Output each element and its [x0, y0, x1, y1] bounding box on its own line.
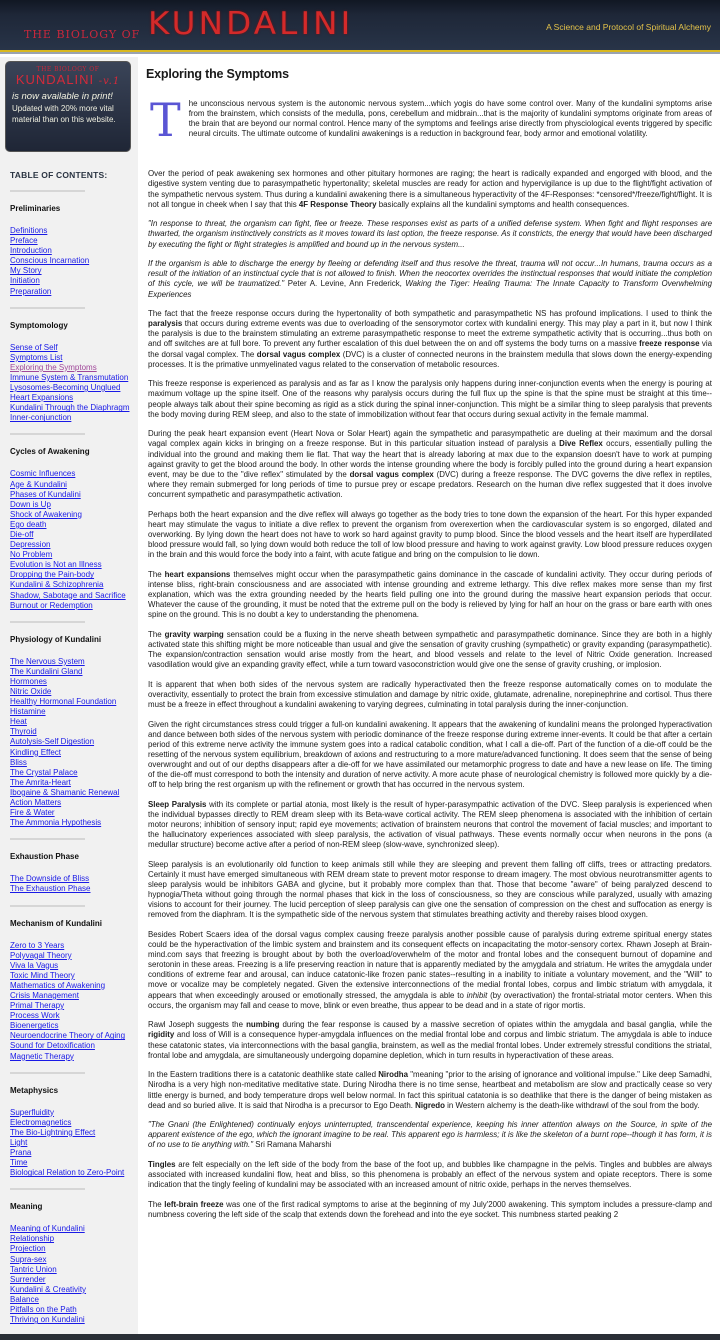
- toc-divider: [10, 905, 85, 907]
- toc-item: Toxic Mind Theory: [10, 971, 134, 981]
- article-paragraph: This freeze response is experienced as p…: [148, 379, 712, 419]
- toc-link[interactable]: The Nervous System: [10, 657, 85, 666]
- toc-link[interactable]: Autolysis-Self Digestion: [10, 737, 94, 746]
- article-paragraph: During the peak heart expansion event (H…: [148, 429, 712, 500]
- toc-item: Conscious Incarnation: [10, 256, 134, 266]
- toc-item: The Exhaustion Phase: [10, 884, 134, 894]
- toc-item: Pitfalls on the Path: [10, 1305, 134, 1315]
- toc-link[interactable]: Nitric Oxide: [10, 687, 51, 696]
- toc-link[interactable]: Histamine: [10, 707, 46, 716]
- toc-link[interactable]: Sense of Self: [10, 343, 58, 352]
- toc-link[interactable]: Supra-sex: [10, 1255, 46, 1264]
- article-paragraph: The unconscious nervous system is the au…: [148, 99, 712, 139]
- toc-link[interactable]: Crisis Management: [10, 991, 79, 1000]
- toc-item: Immune System & Transmutation: [10, 373, 134, 383]
- text-run: was one of the first radical symptoms to…: [148, 1200, 712, 1219]
- toc-item: Surrender: [10, 1275, 134, 1285]
- ad-title-text: KUNDALINI: [16, 72, 94, 87]
- emphasis-term: paralysis: [148, 319, 182, 328]
- toc-link[interactable]: Sound for Detoxification: [10, 1041, 95, 1050]
- toc-item: Prana: [10, 1148, 134, 1158]
- toc-item: The Kundalini Gland: [10, 667, 134, 677]
- article-paragraph: "The Gnani (the Enlightened) continually…: [148, 1120, 712, 1150]
- toc-link[interactable]: Tantric Union: [10, 1265, 57, 1274]
- emphasis-term: Tingles: [148, 1160, 175, 1169]
- toc-link[interactable]: My Story: [10, 266, 42, 275]
- toc-item: Time: [10, 1158, 134, 1168]
- toc-link-list: Zero to 3 YearsPolyvagal TheoryViva la V…: [10, 941, 134, 1062]
- toc-link[interactable]: Prana: [10, 1148, 31, 1157]
- drop-cap: T: [150, 101, 181, 139]
- text-run: in Western alchemy is the death-like wit…: [445, 1101, 700, 1110]
- toc-link[interactable]: Conscious Incarnation: [10, 256, 89, 265]
- text-run: Sri Ramana Maharshi: [253, 1140, 332, 1149]
- toc-link[interactable]: Evolution is Not an Illness: [10, 560, 102, 569]
- toc-item: Kundalini Through the Diaphragm: [10, 403, 134, 413]
- toc-item: The Nervous System: [10, 657, 134, 667]
- article-paragraph: In the Eastern traditions there is a cat…: [148, 1070, 712, 1110]
- toc-link[interactable]: Inner-conjunction: [10, 413, 71, 422]
- emphasis-term: Sleep Paralysis: [148, 800, 206, 809]
- toc-link-list: Meaning of KundaliniRelationshipProjecti…: [10, 1224, 134, 1325]
- toc-link[interactable]: The Crystal Palace: [10, 768, 78, 777]
- toc-link[interactable]: Definitions: [10, 226, 47, 235]
- toc-link-list: Sense of SelfSymptoms ListExploring the …: [10, 343, 134, 424]
- toc-section-heading: Metaphysics: [10, 1086, 134, 1095]
- toc-item: Zero to 3 Years: [10, 941, 134, 951]
- toc-section-heading: Mechanism of Kundalini: [10, 919, 134, 928]
- toc-link[interactable]: Surrender: [10, 1275, 46, 1284]
- article-paragraph: Over the period of peak awakening sex ho…: [148, 169, 712, 209]
- toc-item: Crisis Management: [10, 991, 134, 1001]
- emphasis-term: dorsal vagus complex: [350, 470, 434, 479]
- toc-link[interactable]: Relationship: [10, 1234, 54, 1243]
- toc-divider: [10, 838, 85, 840]
- text-run: Perhaps both the heart expansion and the…: [148, 510, 712, 559]
- text-run: he unconscious nervous system is the aut…: [189, 99, 712, 138]
- italic-text: inhibit: [467, 991, 488, 1000]
- toc-link-list: SuperfluidityElectromagneticsThe Bio-Lig…: [10, 1108, 134, 1179]
- toc-item: Tantric Union: [10, 1265, 134, 1275]
- toc-item: Nitric Oxide: [10, 687, 134, 697]
- emphasis-term: heart expansions: [165, 570, 231, 579]
- toc-link[interactable]: Meaning of Kundalini: [10, 1224, 85, 1233]
- toc-item: Ibogaine & Shamanic Renewal: [10, 788, 134, 798]
- toc-link[interactable]: Superfluidity: [10, 1108, 54, 1117]
- toc-item: The Ammonia Hypothesis: [10, 818, 134, 828]
- logo-title[interactable]: KUNDALINI: [148, 6, 353, 42]
- text-run: sensation could be a fluxing in the nerv…: [148, 630, 712, 669]
- toc-link[interactable]: Burnout or Redemption: [10, 601, 93, 610]
- toc-section-heading: Symptomology: [10, 321, 134, 330]
- toc-link-list: Cosmic InfluencesAge & KundaliniPhases o…: [10, 469, 134, 610]
- toc-item: The Amrita-Heart: [10, 778, 134, 788]
- ad-description: Updated with 20% more vital material tha…: [12, 104, 124, 125]
- toc-link[interactable]: Depression: [10, 540, 50, 549]
- article-paragraph: Sleep Paralysis with its complete or par…: [148, 800, 712, 850]
- text-run: Besides Robert Scaers idea of the dorsal…: [148, 930, 712, 1000]
- toc-item: Down is Up: [10, 500, 134, 510]
- article-paragraph: Sleep paralysis is an evolutionarily old…: [148, 860, 712, 921]
- toc-divider: [10, 1072, 85, 1074]
- toc-link[interactable]: Dropping the Pain-body: [10, 570, 94, 579]
- table-of-contents: TABLE OF CONTENTS: PreliminariesDefiniti…: [10, 170, 134, 1325]
- toc-link[interactable]: Zero to 3 Years: [10, 941, 64, 950]
- text-run: themselves might occur when the parasymp…: [148, 570, 712, 619]
- toc-link[interactable]: Immune System & Transmutation: [10, 373, 128, 382]
- toc-item: Burnout or Redemption: [10, 601, 134, 611]
- toc-link[interactable]: Projection: [10, 1244, 46, 1253]
- article-paragraph: It is apparent that when both sides of t…: [148, 680, 712, 710]
- toc-item: Cosmic Influences: [10, 469, 134, 479]
- toc-link-list: The Nervous SystemThe Kundalini GlandHor…: [10, 657, 134, 829]
- toc-item: Thyroid: [10, 727, 134, 737]
- ad-title: KUNDALINI -v.1: [12, 73, 124, 89]
- article-paragraph: The gravity warping sensation could be a…: [148, 630, 712, 670]
- toc-link[interactable]: Ibogaine & Shamanic Renewal: [10, 788, 119, 797]
- toc-item: Introduction: [10, 246, 134, 256]
- toc-divider: [10, 621, 85, 623]
- text-run: and loss of Will is a consequence hyper-…: [148, 1030, 712, 1059]
- text-run: The: [148, 630, 165, 639]
- toc-link[interactable]: Shock of Awakening: [10, 510, 82, 519]
- toc-link[interactable]: Magnetic Therapy: [10, 1052, 74, 1061]
- toc-link[interactable]: Age & Kundalini: [10, 480, 67, 489]
- toc-link[interactable]: Time: [10, 1158, 27, 1167]
- article-paragraph: Rawl Joseph suggests the numbing during …: [148, 1020, 712, 1060]
- emphasis-term: Nigredo: [415, 1101, 445, 1110]
- text-run: during the fear response is caused by a …: [279, 1020, 712, 1029]
- toc-item: Age & Kundalini: [10, 480, 134, 490]
- site-tagline: A Science and Protocol of Spiritual Alch…: [546, 22, 711, 32]
- toc-item: Polyvagal Theory: [10, 951, 134, 961]
- text-run: Sleep paralysis is an evolutionarily old…: [148, 860, 712, 919]
- toc-divider: [10, 1188, 85, 1190]
- main-content: Exploring the Symptoms The unconscious n…: [146, 57, 712, 1230]
- toc-link[interactable]: The Bio-Lightning Effect: [10, 1128, 95, 1137]
- toc-link[interactable]: Symptoms List: [10, 353, 62, 362]
- toc-item: Ego death: [10, 520, 134, 530]
- bottom-bar: [0, 1334, 720, 1340]
- toc-link[interactable]: Thyroid: [10, 727, 37, 736]
- toc-link[interactable]: Healthy Hormonal Foundation: [10, 697, 116, 706]
- toc-link[interactable]: The Amrita-Heart: [10, 778, 71, 787]
- toc-item: Bioenergetics: [10, 1021, 134, 1031]
- toc-item: Shadow, Sabotage and Sacrifice: [10, 591, 134, 601]
- toc-item: Superfluidity: [10, 1108, 134, 1118]
- toc-link[interactable]: The Downside of Bliss: [10, 874, 89, 883]
- toc-item: Fire & Water: [10, 808, 134, 818]
- toc-link[interactable]: Shadow, Sabotage and Sacrifice: [10, 591, 126, 600]
- text-run: The: [148, 1200, 164, 1209]
- toc-link[interactable]: No Problem: [10, 550, 52, 559]
- toc-item: Shock of Awakening: [10, 510, 134, 520]
- toc-item: Autolysis-Self Digestion: [10, 737, 134, 747]
- toc-link[interactable]: Viva la Vagus: [10, 961, 58, 970]
- toc-section-heading: Exhaustion Phase: [10, 852, 134, 861]
- toc-link[interactable]: Ego death: [10, 520, 46, 529]
- text-run: Rawl Joseph suggests the: [148, 1020, 246, 1029]
- article-paragraph: The fact that the freeze response occurs…: [148, 309, 712, 370]
- toc-section-heading: Cycles of Awakening: [10, 447, 134, 456]
- italic-text: "The Gnani (the Enlightened) continually…: [148, 1120, 712, 1149]
- article-paragraph: "In response to threat, the organism can…: [148, 219, 712, 249]
- toc-link[interactable]: Die-off: [10, 530, 33, 539]
- toc-item: Lysosomes-Becoming Unglued: [10, 383, 134, 393]
- toc-item: Definitions: [10, 226, 134, 236]
- toc-item: Heart Expansions: [10, 393, 134, 403]
- toc-item: Dropping the Pain-body: [10, 570, 134, 580]
- toc-link[interactable]: The Kundalini Gland: [10, 667, 83, 676]
- article-paragraph: Perhaps both the heart expansion and the…: [148, 510, 712, 560]
- toc-link[interactable]: Electromagnetics: [10, 1118, 71, 1127]
- toc-link[interactable]: Kundalini Through the Diaphragm: [10, 403, 129, 412]
- toc-item: Kundalini & Creativity: [10, 1285, 134, 1295]
- toc-link[interactable]: Initiation: [10, 276, 40, 285]
- ad-headline: is now available in print!: [12, 91, 124, 102]
- toc-item: Viva la Vagus: [10, 961, 134, 971]
- toc-link[interactable]: Lysosomes-Becoming Unglued: [10, 383, 120, 392]
- toc-link[interactable]: Process Work: [10, 1011, 60, 1020]
- toc-item: Evolution is Not an Illness: [10, 560, 134, 570]
- emphasis-term: Nirodha: [378, 1070, 408, 1079]
- emphasis-term: freeze response: [639, 339, 699, 348]
- emphasis-term: gravity warping: [165, 630, 224, 639]
- toc-item: Process Work: [10, 1011, 134, 1021]
- toc-item: The Downside of Bliss: [10, 874, 134, 884]
- text-run: The: [148, 570, 165, 579]
- toc-link[interactable]: The Ammonia Hypothesis: [10, 818, 101, 827]
- toc-item: Kindling Effect: [10, 748, 134, 758]
- toc-link[interactable]: Phases of Kundalini: [10, 490, 81, 499]
- toc-item: Hormones: [10, 677, 134, 687]
- toc-item: Initiation: [10, 276, 134, 286]
- text-run: In the Eastern traditions there is a cat…: [148, 1070, 378, 1079]
- emphasis-term: numbing: [246, 1020, 279, 1029]
- text-run: basically explains all the kundalini sym…: [377, 200, 630, 209]
- toc-item: Light: [10, 1138, 134, 1148]
- text-run: It is apparent that when both sides of t…: [148, 680, 712, 709]
- toc-item: Preface: [10, 236, 134, 246]
- page-title: Exploring the Symptoms: [146, 67, 712, 81]
- toc-divider: [10, 307, 85, 309]
- toc-section-heading: Physiology of Kundalini: [10, 635, 134, 644]
- toc-item: Sound for Detoxification: [10, 1041, 134, 1051]
- toc-item: No Problem: [10, 550, 134, 560]
- toc-item: My Story: [10, 266, 134, 276]
- article-paragraph: Given the right circumstances stress cou…: [148, 720, 712, 791]
- toc-link[interactable]: Heart Expansions: [10, 393, 73, 402]
- toc-item: The Bio-Lightning Effect: [10, 1128, 134, 1138]
- italic-text: "In response to threat, the organism can…: [148, 219, 712, 248]
- toc-section-heading: Preliminaries: [10, 204, 134, 213]
- toc-item: Meaning of Kundalini: [10, 1224, 134, 1234]
- toc-link[interactable]: Kundalini & Creativity: [10, 1285, 86, 1294]
- article-paragraph: The left-brain freeze was one of the fir…: [148, 1200, 712, 1220]
- toc-item: Depression: [10, 540, 134, 550]
- toc-item: Balance: [10, 1295, 134, 1305]
- toc-link-list: The Downside of BlissThe Exhaustion Phas…: [10, 874, 134, 894]
- emphasis-term: rigidity: [148, 1030, 174, 1039]
- toc-link[interactable]: Toxic Mind Theory: [10, 971, 75, 980]
- toc-link-list: DefinitionsPrefaceIntroductionConscious …: [10, 226, 134, 297]
- toc-item: Bliss: [10, 758, 134, 768]
- sidebar: THE BIOLOGY OF KUNDALINI -v.1 is now ava…: [0, 57, 138, 1340]
- emphasis-term: left-brain freeze: [164, 1200, 223, 1209]
- toc-link[interactable]: Preparation: [10, 287, 51, 296]
- emphasis-term: dorsal vagus complex: [257, 350, 340, 359]
- toc-link[interactable]: Pitfalls on the Path: [10, 1305, 77, 1314]
- toc-link[interactable]: Fire & Water: [10, 808, 55, 817]
- toc-link[interactable]: Bioenergetics: [10, 1021, 58, 1030]
- toc-title: TABLE OF CONTENTS:: [10, 170, 134, 180]
- toc-item: Action Matters: [10, 798, 134, 808]
- text-run: The fact that the freeze response occurs…: [148, 309, 712, 318]
- toc-item: Projection: [10, 1244, 134, 1254]
- logo-subtitle[interactable]: THE BIOLOGY OF: [24, 28, 140, 41]
- toc-item: Inner-conjunction: [10, 413, 134, 423]
- toc-link[interactable]: Light: [10, 1138, 27, 1147]
- article-paragraph: If the organism is able to discharge the…: [148, 259, 712, 299]
- toc-link[interactable]: Neuroendocrine Theory of Aging: [10, 1031, 125, 1040]
- toc-item: Supra-sex: [10, 1255, 134, 1265]
- toc-item: Neuroendocrine Theory of Aging: [10, 1031, 134, 1041]
- toc-divider: [10, 190, 85, 192]
- toc-link[interactable]: Kundalini & Schizophrenia: [10, 580, 103, 589]
- print-book-ad[interactable]: THE BIOLOGY OF KUNDALINI -v.1 is now ava…: [5, 61, 131, 152]
- toc-divider: [10, 433, 85, 435]
- toc-item: Preparation: [10, 287, 134, 297]
- toc-link[interactable]: Down is Up: [10, 500, 51, 509]
- toc-sections: PreliminariesDefinitionsPrefaceIntroduct…: [10, 190, 134, 1325]
- toc-link[interactable]: Balance: [10, 1295, 39, 1304]
- toc-link[interactable]: Bliss: [10, 758, 27, 767]
- text-run: with its complete or partial atonia, mos…: [148, 800, 712, 849]
- toc-link[interactable]: Thriving on Kundalini: [10, 1315, 85, 1324]
- article-paragraph: The heart expansions themselves might oc…: [148, 570, 712, 620]
- toc-item: The Crystal Palace: [10, 768, 134, 778]
- article-body: The unconscious nervous system is the au…: [146, 99, 712, 1220]
- toc-item: Mathematics of Awakening: [10, 981, 134, 991]
- toc-item: Phases of Kundalini: [10, 490, 134, 500]
- toc-section-heading: Meaning: [10, 1202, 134, 1211]
- toc-link[interactable]: Hormones: [10, 677, 47, 686]
- toc-item: Heat: [10, 717, 134, 727]
- ad-version: -v.1: [99, 76, 120, 87]
- toc-item: Electromagnetics: [10, 1118, 134, 1128]
- emphasis-term: 4F Response Theory: [299, 200, 377, 209]
- toc-link[interactable]: Preface: [10, 236, 38, 245]
- toc-link[interactable]: Cosmic Influences: [10, 469, 75, 478]
- toc-item: Sense of Self: [10, 343, 134, 353]
- text-run: that occurs during extreme events was du…: [148, 319, 712, 348]
- toc-link[interactable]: Heat: [10, 717, 27, 726]
- toc-link[interactable]: Introduction: [10, 246, 52, 255]
- text-run: Given the right circumstances stress cou…: [148, 720, 712, 790]
- toc-item: Die-off: [10, 530, 134, 540]
- toc-link[interactable]: Exploring the Symptoms: [10, 363, 97, 372]
- toc-item: Kundalini & Schizophrenia: [10, 580, 134, 590]
- toc-item: Magnetic Therapy: [10, 1052, 134, 1062]
- toc-item: Relationship: [10, 1234, 134, 1244]
- toc-item: Symptoms List: [10, 353, 134, 363]
- toc-link[interactable]: Action Matters: [10, 798, 61, 807]
- emphasis-term: Dive Reflex: [559, 439, 603, 448]
- toc-item: Healthy Hormonal Foundation: [10, 697, 134, 707]
- toc-link[interactable]: Mathematics of Awakening: [10, 981, 105, 990]
- site-header: THE BIOLOGY OF KUNDALINI A Science and P…: [0, 0, 720, 52]
- toc-item: Histamine: [10, 707, 134, 717]
- text-run: Peter A. Levine, Ann Frederick,: [284, 279, 405, 288]
- text-run: This freeze response is experienced as p…: [148, 379, 712, 418]
- article-paragraph: Besides Robert Scaers idea of the dorsal…: [148, 930, 712, 1011]
- text-run: are felt especially on the left side of …: [148, 1160, 712, 1189]
- toc-link[interactable]: Polyvagal Theory: [10, 951, 72, 960]
- toc-link[interactable]: Kindling Effect: [10, 748, 61, 757]
- toc-item: Exploring the Symptoms: [10, 363, 134, 373]
- toc-item: Primal Therapy: [10, 1001, 134, 1011]
- toc-link[interactable]: Primal Therapy: [10, 1001, 64, 1010]
- toc-link[interactable]: The Exhaustion Phase: [10, 884, 91, 893]
- toc-item: Biological Relation to Zero-Point: [10, 1168, 134, 1178]
- toc-item: Thriving on Kundalini: [10, 1315, 134, 1325]
- toc-link[interactable]: Biological Relation to Zero-Point: [10, 1168, 124, 1177]
- article-paragraph: Tingles are felt especially on the left …: [148, 1160, 712, 1190]
